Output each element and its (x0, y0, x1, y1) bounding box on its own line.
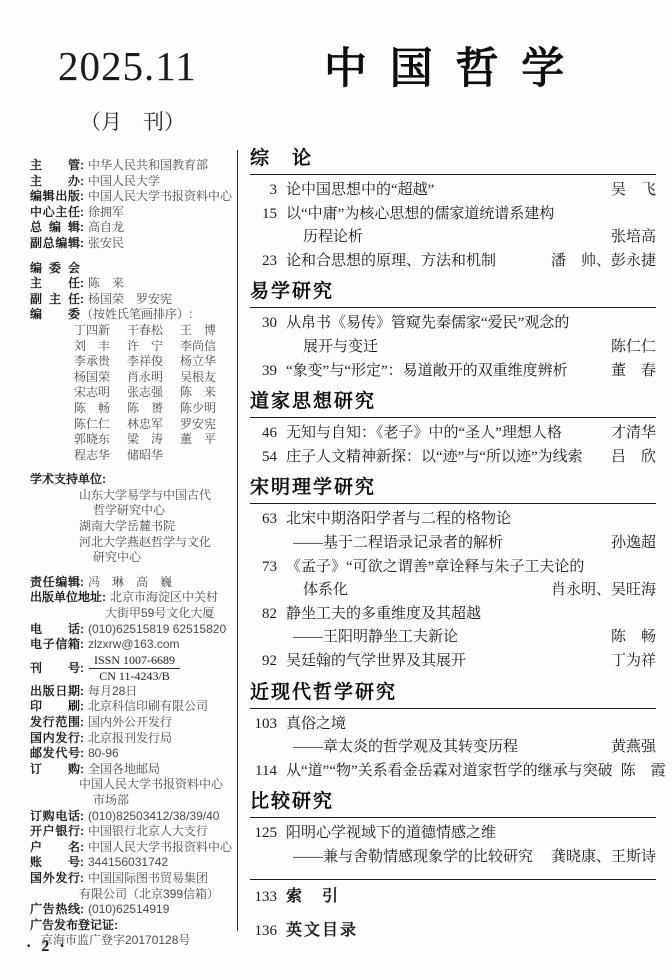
sidebar-field-value: 中国人民大学书报资料中心 (79, 777, 234, 793)
sidebar-field-value: 全国各地邮局 (88, 762, 234, 778)
toc-section-title: 比较研究 (250, 790, 656, 818)
sidebar-colon: : (80, 715, 84, 731)
board-member-name: 李尚信 (180, 339, 233, 355)
toc-entry-line: ——兼与舍勒情感现象学的比较研究龚晓康、王斯诗 (250, 846, 656, 870)
toc-entry-title: 《孟子》“可欲之谓善”章诠释与朱子工夫论的 (286, 556, 584, 580)
toc-entry-line: 82静坐工夫的多重维度及其超越 (250, 603, 656, 627)
sidebar-colon: : (80, 840, 84, 856)
sidebar-gap (30, 566, 234, 575)
sidebar-field-label: 广告热线 (30, 902, 80, 918)
board-names-row: 陈 畅陈 赟陈少明 (30, 401, 234, 417)
toc-panel: 综 论3论中国思想中的“超越”吴 飞15以“中庸”为核心思想的儒家道统谱系建构历… (250, 147, 656, 948)
sidebar-colon: : (80, 661, 84, 677)
board-member-name: 肖永明 (127, 370, 180, 386)
board-names-row: 丁四新干春松王 博 (30, 323, 234, 339)
toc-entry-title: ——兼与舍勒情感现象学的比较研究 (286, 846, 533, 870)
sidebar-field-label: 国外发行 (30, 871, 80, 887)
sidebar-field-value: 344156031742 (88, 855, 234, 871)
toc-entry-page-number: 23 (250, 250, 277, 274)
sidebar-line: 邮发代号:80-96 (30, 746, 234, 762)
journal-frequency-label: （月 刊） (80, 112, 185, 133)
toc-entry-line: 54庄子人文精神新探：以“迹”与“所以迹”为线索吕 欣 (250, 446, 656, 470)
board-member-name: 杨立华 (180, 354, 233, 370)
board-member-name: 陈 来 (180, 385, 233, 401)
toc-entry-title: 以“中庸”为核心思想的儒家道统谱系建构 (286, 203, 554, 227)
sidebar-field-value: (010)62514919 (88, 902, 234, 918)
sidebar-line: 市场部 (30, 793, 234, 809)
sidebar-field-value: 冯 琳 高 巍 (88, 575, 234, 591)
sidebar-line: 湖南大学岳麓书院 (30, 519, 234, 535)
sidebar-colon: : (80, 699, 84, 715)
board-names-row: 陈仁仁林忠军罗安宪 (30, 417, 234, 433)
sidebar-field-value: （按姓氏笔画排序）: (81, 307, 234, 323)
sidebar-field-label: 编辑出版 (30, 189, 80, 205)
toc-entry-title: 论和合思想的原理、方法和机制 (286, 250, 496, 274)
sidebar-field-label: 编委会 (30, 261, 80, 277)
sidebar-line: 发行范围:国内外公开发行 (30, 715, 234, 731)
board-member-name: 罗安宪 (180, 417, 233, 433)
sidebar-colon: : (80, 762, 84, 778)
toc-entry-line: 114从“道”“物”关系看金岳霖对道家哲学的继承与突破陈 霞 (250, 760, 656, 784)
toc-entry-title: ——基于二程语录记录者的解析 (286, 532, 503, 556)
sidebar-colon: : (102, 472, 106, 488)
toc-entry-page-number: 73 (250, 556, 277, 580)
sidebar-colon: : (80, 292, 84, 308)
board-member-name: 刘 丰 (74, 339, 127, 355)
toc-entry-title: 历程论析 (286, 226, 363, 250)
sidebar-field-value: 京海市监广登字20170128号 (41, 933, 234, 949)
sidebar-field-value: 市场部 (93, 793, 234, 809)
sidebar-field-value: 中国人民大学书报资料中心 (88, 189, 234, 205)
sidebar-colon: : (80, 575, 84, 591)
board-member-name: 李承贵 (74, 354, 127, 370)
sidebar-field-label: 编委 (30, 307, 80, 323)
sidebar-field-value: 陈 来 (88, 276, 234, 292)
board-member-name: 李祥俊 (127, 354, 180, 370)
toc-entry-page-number: 63 (250, 508, 277, 532)
sidebar-field-label: 电子信箱 (30, 637, 80, 653)
toc-entry-authors: 董 春 (568, 360, 656, 384)
toc-entry-authors: 陈 霞 (613, 760, 666, 784)
toc-entry-line: 39“象变”与“形定”：易道敞开的双重维度辨析董 春 (250, 360, 656, 384)
sidebar-colon: : (80, 622, 84, 638)
sidebar-line: 编委（按姓氏笔画排序）: (30, 307, 234, 323)
sidebar-field-label: 账号 (30, 855, 80, 871)
publisher-info-panel: 主管:中华人民共和国教育部主办:中国人民大学编辑出版:中国人民大学书报资料中心中… (30, 158, 234, 949)
sidebar-field-value: 中国银行北京人大支行 (88, 824, 234, 840)
toc-section-title: 易学研究 (250, 280, 656, 308)
sidebar-field-label: 主办 (30, 174, 80, 190)
sidebar-field-value: 北京报刊发行局 (88, 731, 234, 747)
board-names-row: 宋志明张志强陈 来 (30, 385, 234, 401)
column-divider-line (237, 150, 238, 931)
board-names-row: 李承贵李祥俊杨立华 (30, 354, 234, 370)
toc-entry-page-number: 136 (250, 915, 277, 948)
journal-issue-date: 2025.11 (58, 46, 197, 87)
sidebar-field-value: 研究中心 (93, 550, 234, 566)
toc-entry-title: 无知与自知：《老子》中的“圣人”理想人格 (286, 422, 562, 446)
board-member-name: 陈 赟 (127, 401, 180, 417)
sidebar-field-value: 北京市海淀区中关村 (110, 590, 234, 606)
sidebar-line: 订购电话:(010)82503412/38/39/40 (30, 809, 234, 825)
sidebar-line: 账号:344156031742 (30, 855, 234, 871)
sidebar-field-value: 山东大学易学与中国古代 (79, 488, 234, 504)
sidebar-field-value: (010)82503412/38/39/40 (88, 809, 234, 825)
toc-entry-page-number: 133 (250, 881, 277, 914)
sidebar-field-value: 杨国荣 罗安宪 (88, 292, 234, 308)
sidebar-field-value: 中国国际图书贸易集团 (88, 871, 234, 887)
board-member-name: 林忠军 (127, 417, 180, 433)
sidebar-field-label: 副总编辑 (30, 236, 80, 252)
toc-entry-title: “象变”与“形定”：易道敞开的双重维度辨析 (286, 360, 568, 384)
sidebar-line: 主办:中国人民大学 (30, 174, 234, 190)
toc-entry-authors: 丁为祥 (466, 650, 656, 674)
journal-title: 中 国 哲 学 (324, 48, 570, 91)
sidebar-line: 广告热线:(010)62514919 (30, 902, 234, 918)
toc-entry-line: 125阳明心学视域下的道德情感之维 (250, 822, 656, 846)
toc-entry-title: 北宋中期洛阳学者与二程的格物论 (286, 508, 511, 532)
toc-entry-line: 23论和合思想的原理、方法和机制潘 帅、彭永捷 (250, 250, 656, 274)
board-member-name: 干春松 (127, 323, 180, 339)
sidebar-line: 山东大学易学与中国古代 (30, 488, 234, 504)
sidebar-field-value: 80-96 (88, 746, 234, 762)
sidebar-line: 中心主任:徐拥军 (30, 205, 234, 221)
sidebar-colon: : (80, 174, 84, 190)
sidebar-line: 主任:陈 来 (30, 276, 234, 292)
toc-entry-line: 103真俗之境 (250, 713, 656, 737)
toc-entry-authors: 吴 飞 (434, 179, 656, 203)
toc-entry-authors: 肖永明、吴旺海 (348, 579, 656, 603)
toc-entry-page-number: 114 (250, 760, 277, 784)
sidebar-line: 研究中心 (30, 550, 234, 566)
sidebar-field-label: 出版日期 (30, 684, 80, 700)
sidebar-colon: : (80, 902, 84, 918)
toc-entry-page-number: 54 (250, 446, 277, 470)
issn-number: ISSN 1007-6689 (89, 653, 180, 669)
sidebar-colon: : (80, 189, 84, 205)
toc-entry-page-number: 46 (250, 422, 277, 446)
toc-section-title: 宋明理学研究 (250, 476, 656, 504)
sidebar-field-label: 印刷 (30, 699, 80, 715)
toc-entry-page-number: 15 (250, 203, 277, 227)
sidebar-field-label: 副主任 (30, 292, 80, 308)
sidebar-field-label: 刊号 (30, 661, 80, 677)
toc-entry-line: 136英文目录 (250, 914, 656, 948)
sidebar-line: 河北大学燕赵哲学与文化 (30, 535, 234, 551)
sidebar-field-value: 中国人民大学 (88, 174, 234, 190)
toc-entry-line: 展开与变迁陈仁仁 (250, 336, 656, 360)
sidebar-colon: : (80, 236, 84, 252)
toc-entry-page-number: 3 (250, 179, 277, 203)
sidebar-line: 编辑出版:中国人民大学书报资料中心 (30, 189, 234, 205)
sidebar-field-label: 国内发行 (30, 731, 80, 747)
board-member-name: 丁四新 (74, 323, 127, 339)
toc-entry-line: 15以“中庸”为核心思想的儒家道统谱系建构 (250, 203, 656, 227)
sidebar-colon: : (80, 158, 84, 174)
toc-entry-title: 从帛书《易传》管窥先秦儒家“爱民”观念的 (286, 312, 569, 336)
sidebar-field-value: 有限公司（北京399信箱） (79, 887, 234, 903)
toc-entry-title: 论中国思想中的“超越” (286, 179, 434, 203)
board-member-name: 董 平 (180, 432, 233, 448)
sidebar-field-value: zlzxrw@163.com (88, 637, 234, 653)
sidebar-line: 出版日期:每月28日 (30, 684, 234, 700)
sidebar-line: 哲学研究中心 (30, 503, 234, 519)
toc-entry-page-number: 103 (250, 713, 277, 737)
toc-entry-line: ——王阳明静坐工夫新论陈 畅 (250, 626, 656, 650)
sidebar-field-value: 中国人民大学书报资料中心 (88, 840, 234, 856)
board-names-row: 刘 丰许 宁李尚信 (30, 339, 234, 355)
sidebar-field-label: 广告发布登记证 (30, 918, 114, 934)
toc-entry-authors: 黄燕强 (518, 736, 656, 760)
board-member-name: 张志强 (127, 385, 180, 401)
sidebar-colon: : (102, 590, 106, 606)
sidebar-field-label: 主管 (30, 158, 80, 174)
sidebar-field-label: 电话 (30, 622, 80, 638)
board-names-row: 郭晓东梁 涛董 平 (30, 432, 234, 448)
sidebar-field-label: 开户银行 (30, 824, 80, 840)
board-member-name: 吴根友 (180, 370, 233, 386)
sidebar-line: 开户银行:中国银行北京人大支行 (30, 824, 234, 840)
board-member-name: 陈少明 (180, 401, 233, 417)
toc-entry-line: 92吴廷翰的气学世界及其展开丁为祥 (250, 650, 656, 674)
board-member-name: 许 宁 (127, 339, 180, 355)
toc-entry-title: 阳明心学视域下的道德情感之维 (286, 822, 496, 846)
sidebar-colon: : (80, 220, 84, 236)
board-member-name: 梁 涛 (127, 432, 180, 448)
sidebar-field-value: 河北大学燕赵哲学与文化 (79, 535, 234, 551)
board-member-name: 陈仁仁 (74, 417, 127, 433)
sidebar-field-value: 徐拥军 (88, 205, 234, 221)
toc-entry-line: 体系化肖永明、吴旺海 (250, 579, 656, 603)
sidebar-line: 主管:中华人民共和国教育部 (30, 158, 234, 174)
toc-section-title: 综 论 (250, 147, 656, 175)
sidebar-field-value: 国内外公开发行 (88, 715, 234, 731)
sidebar-colon: : (80, 809, 84, 825)
sidebar-line: 有限公司（北京399信箱） (30, 887, 234, 903)
toc-entry-line: 46无知与自知：《老子》中的“圣人”理想人格才清华 (250, 422, 656, 446)
toc-entry-line: ——章太炎的哲学观及其转变历程黄燕强 (250, 736, 656, 760)
toc-entry-title: 真俗之境 (286, 713, 346, 737)
toc-entry-page-number: 92 (250, 650, 277, 674)
sidebar-colon: : (80, 746, 84, 762)
toc-entry-title: 体系化 (286, 579, 348, 603)
sidebar-line: 编委会 (30, 261, 234, 277)
sidebar-line: 印刷:北京科信印刷有限公司 (30, 699, 234, 715)
sidebar-field-label: 总编辑 (30, 220, 80, 236)
board-member-name: 宋志明 (74, 385, 127, 401)
sidebar-colon: : (80, 824, 84, 840)
sidebar-gap (30, 463, 234, 472)
toc-entry-authors: 才清华 (562, 422, 656, 446)
toc-entry-authors: 潘 帅、彭永捷 (496, 250, 656, 274)
toc-entry-title: 展开与变迁 (286, 336, 378, 360)
board-member-name: 储昭华 (127, 448, 180, 464)
sidebar-field-label: 发行范围 (30, 715, 80, 731)
toc-entry-title: 索 引 (286, 880, 340, 913)
toc-entry-page-number: 30 (250, 312, 277, 336)
sidebar-gap (30, 252, 234, 261)
sidebar-line: 户名:中国人民大学书报资料中心 (30, 840, 234, 856)
sidebar-field-value: 张安民 (88, 236, 234, 252)
sidebar-field-label: 学术支持单位 (30, 472, 102, 488)
sidebar-colon: : (80, 855, 84, 871)
sidebar-field-label: 订购 (30, 762, 80, 778)
sidebar-field-label: 中心主任 (30, 205, 80, 221)
issn-cn-block: ISSN 1007-6689CN 11-4243/B (89, 653, 180, 684)
toc-entry-title: ——章太炎的哲学观及其转变历程 (286, 736, 518, 760)
toc-section-title: 近现代哲学研究 (250, 681, 656, 709)
sidebar-field-value: (010)62515819 62515820 (88, 622, 234, 638)
board-member-name: 王 博 (180, 323, 233, 339)
sidebar-colon: : (80, 637, 84, 653)
toc-entry-page-number: 82 (250, 603, 277, 627)
toc-entry-title: 吴廷翰的气学世界及其展开 (286, 650, 466, 674)
toc-entry-page-number: 125 (250, 822, 277, 846)
toc-entry-line: 133索 引 (250, 880, 656, 914)
toc-section-title: 道家思想研究 (250, 390, 656, 418)
board-member-name: 陈 畅 (74, 401, 127, 417)
board-member-name: 郭晓东 (74, 432, 127, 448)
toc-entry-line: 73《孟子》“可欲之谓善”章诠释与朱子工夫论的 (250, 556, 656, 580)
sidebar-line: 出版单位地址:北京市海淀区中关村 (30, 590, 234, 606)
toc-entry-authors: 陈仁仁 (378, 336, 656, 360)
sidebar-colon: : (114, 918, 118, 934)
toc-entry-authors: 龚晓康、王斯诗 (533, 846, 656, 870)
sidebar-field-label: 户名 (30, 840, 80, 856)
toc-entry-line: 30从帛书《易传》管窥先秦儒家“爱民”观念的 (250, 312, 656, 336)
toc-entry-title: 庄子人文精神新探：以“迹”与“所以迹”为线索 (286, 446, 583, 470)
toc-entry-line: ——基于二程语录记录者的解析孙逸超 (250, 532, 656, 556)
sidebar-colon: : (80, 871, 84, 887)
toc-entry-title: 从“道”“物”关系看金岳霖对道家哲学的继承与突破 (286, 760, 613, 784)
sidebar-line: 电话:(010)62515819 62515820 (30, 622, 234, 638)
sidebar-field-label: 责任编辑 (30, 575, 80, 591)
toc-entry-line: 历程论析张培高 (250, 226, 656, 250)
sidebar-line: 责任编辑:冯 琳 高 巍 (30, 575, 234, 591)
toc-entry-line: 3论中国思想中的“超越”吴 飞 (250, 179, 656, 203)
board-member-name: 杨国荣 (74, 370, 127, 386)
cn-number: CN 11-4243/B (89, 669, 180, 684)
sidebar-line: 刊号:ISSN 1007-6689CN 11-4243/B (30, 653, 234, 684)
toc-entry-line: 63北宋中期洛阳学者与二程的格物论 (250, 508, 656, 532)
board-names-row: 杨国荣肖永明吴根友 (30, 370, 234, 386)
sidebar-colon: : (80, 276, 84, 292)
sidebar-line: 国外发行:中国国际图书贸易集团 (30, 871, 234, 887)
sidebar-field-value: 北京科信印刷有限公司 (88, 699, 234, 715)
sidebar-line: 中国人民大学书报资料中心 (30, 777, 234, 793)
sidebar-field-value: 湖南大学岳麓书院 (79, 519, 234, 535)
toc-entry-title: 英文目录 (286, 914, 358, 947)
sidebar-field-value: 高自龙 (88, 220, 234, 236)
sidebar-field-label: 出版单位地址 (30, 590, 102, 606)
toc-entry-page-number: 39 (250, 360, 277, 384)
board-member-name: 程志华 (74, 448, 127, 464)
sidebar-line: 订购:全国各地邮局 (30, 762, 234, 778)
toc-entry-authors: 孙逸超 (503, 532, 656, 556)
sidebar-field-value: 每月28日 (88, 684, 234, 700)
sidebar-field-value: 中华人民共和国教育部 (88, 158, 234, 174)
sidebar-line: 国内发行:北京报刊发行局 (30, 731, 234, 747)
sidebar-field-label: 主任 (30, 276, 80, 292)
toc-entry-authors: 陈 畅 (458, 626, 656, 650)
sidebar-line: 总编辑:高自龙 (30, 220, 234, 236)
toc-entry-title: 静坐工夫的多重维度及其超越 (286, 603, 481, 627)
toc-entry-title: ——王阳明静坐工夫新论 (286, 626, 458, 650)
board-names-row: 程志华储昭华 (30, 448, 234, 464)
sidebar-line: 广告发布登记证: (30, 918, 234, 934)
sidebar-line: 大街甲59号文化大厦 (30, 606, 234, 622)
sidebar-line: 学术支持单位: (30, 472, 234, 488)
sidebar-colon: : (80, 205, 84, 221)
toc-entry-authors: 吕 欣 (583, 446, 656, 470)
sidebar-field-value: 哲学研究中心 (93, 503, 234, 519)
sidebar-field-label: 订购电话 (30, 809, 80, 825)
sidebar-line: 电子信箱:zlzxrw@163.com (30, 637, 234, 653)
sidebar-field-label: 邮发代号 (30, 746, 80, 762)
sidebar-field-value: 大街甲59号文化大厦 (105, 606, 234, 622)
page-number: · 2 · (26, 938, 68, 956)
toc-entry-authors: 张培高 (363, 226, 656, 250)
sidebar-line: 副主任:杨国荣 罗安宪 (30, 292, 234, 308)
sidebar-line: 副总编辑:张安民 (30, 236, 234, 252)
sidebar-colon: : (80, 684, 84, 700)
sidebar-colon: : (80, 731, 84, 747)
